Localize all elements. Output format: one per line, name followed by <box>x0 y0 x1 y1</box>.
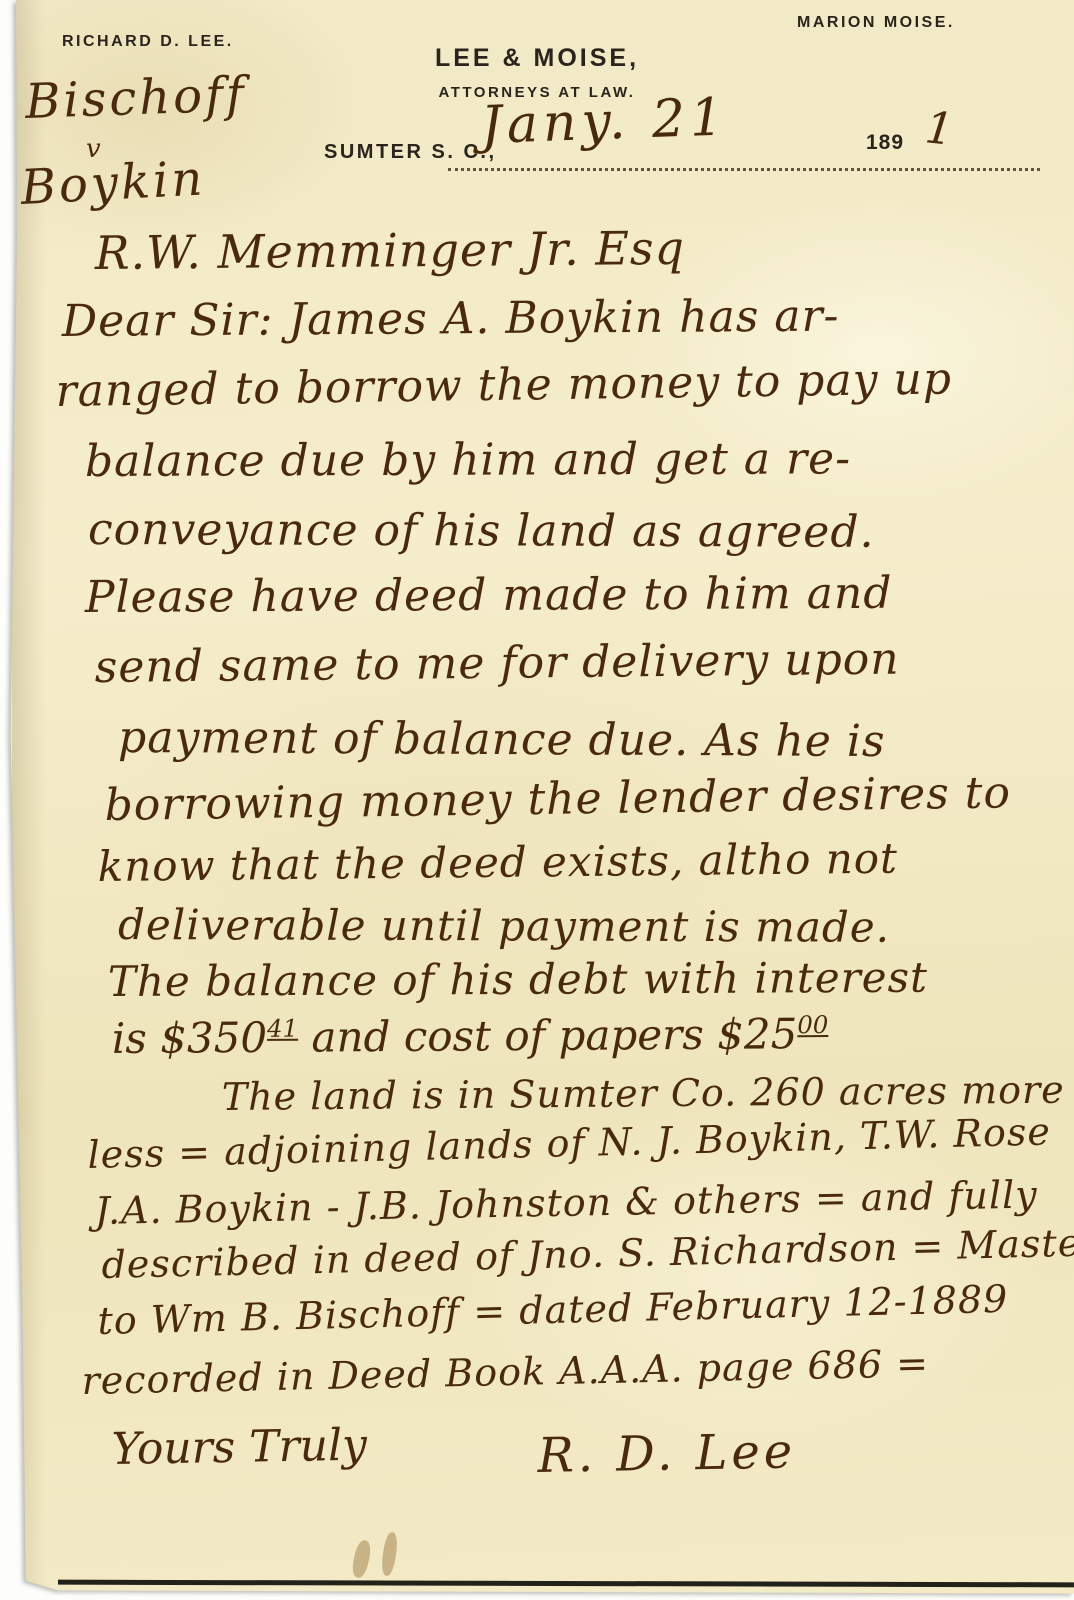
body-line: balance due by him and get a re- <box>85 437 851 484</box>
body-line: know that the deed exists, altho not <box>98 838 899 888</box>
body-line: Please have deed made to him and <box>85 572 893 620</box>
paper-bottom-edge <box>58 1580 1074 1588</box>
signature-r-d-lee: R. D. Lee <box>537 1427 796 1480</box>
body-line: J.A. Boykin - J.B. Johnston & others = a… <box>94 1176 1038 1230</box>
case-annotation-plaintiff: Bischoff <box>24 70 247 126</box>
body-line: The balance of his debt with interest <box>108 957 928 1003</box>
amount-balance: is $350 <box>112 1013 268 1063</box>
amount-balance-cents: 41 <box>267 1014 298 1043</box>
amount-line: is $35041 and cost of papers $2500 <box>112 1013 829 1060</box>
letterhead-attorney-right: MARION MOISE. <box>797 14 955 32</box>
body-line: to Wm B. Bischoff = dated February 12-18… <box>97 1280 1009 1340</box>
body-line: recorded in Deed Book A.A.A. page 686 = <box>81 1344 929 1400</box>
recipient-line: R.W. Memminger Jr. Esq <box>95 225 686 276</box>
amount-papers-cents: 00 <box>797 1010 828 1039</box>
body-line: payment of balance due. As he is <box>118 716 886 764</box>
body-line: borrowing money the lender desires to <box>104 771 1011 828</box>
body-line: conveyance of his land as agreed. <box>88 508 875 555</box>
body-line: The land is in Sumter Co. 260 acres more… <box>222 1070 1074 1116</box>
ink-smudge <box>350 1539 373 1579</box>
letter-paper: RICHARD D. LEE. MARION MOISE. LEE & MOIS… <box>0 0 1074 1600</box>
case-annotation-defendant: Boykin <box>19 154 206 212</box>
closing-line: Yours Truly <box>111 1424 367 1472</box>
handwritten-date: Jany. 21 <box>480 91 729 152</box>
body-line: ranged to borrow the money to pay up <box>55 357 952 414</box>
ink-smudge <box>380 1531 399 1576</box>
body-line: less = adjoining lands of N. J. Boykin, … <box>87 1112 1051 1174</box>
body-line: Dear Sir: James A. Boykin has ar- <box>62 295 840 344</box>
scanned-letter: RICHARD D. LEE. MARION MOISE. LEE & MOIS… <box>0 0 1074 1600</box>
amount-papers: and cost of papers $25 <box>298 1009 798 1061</box>
body-line: send same to me for delivery upon <box>95 638 900 690</box>
letterhead-year-printed: 189 <box>866 131 904 155</box>
handwritten-year-digit: 1 <box>923 106 955 153</box>
body-line: deliverable until payment is made. <box>118 904 890 949</box>
paper-left-edge-shadow <box>12 0 46 1600</box>
body-line: described in deed of Jno. S. Richardson … <box>101 1223 1074 1284</box>
